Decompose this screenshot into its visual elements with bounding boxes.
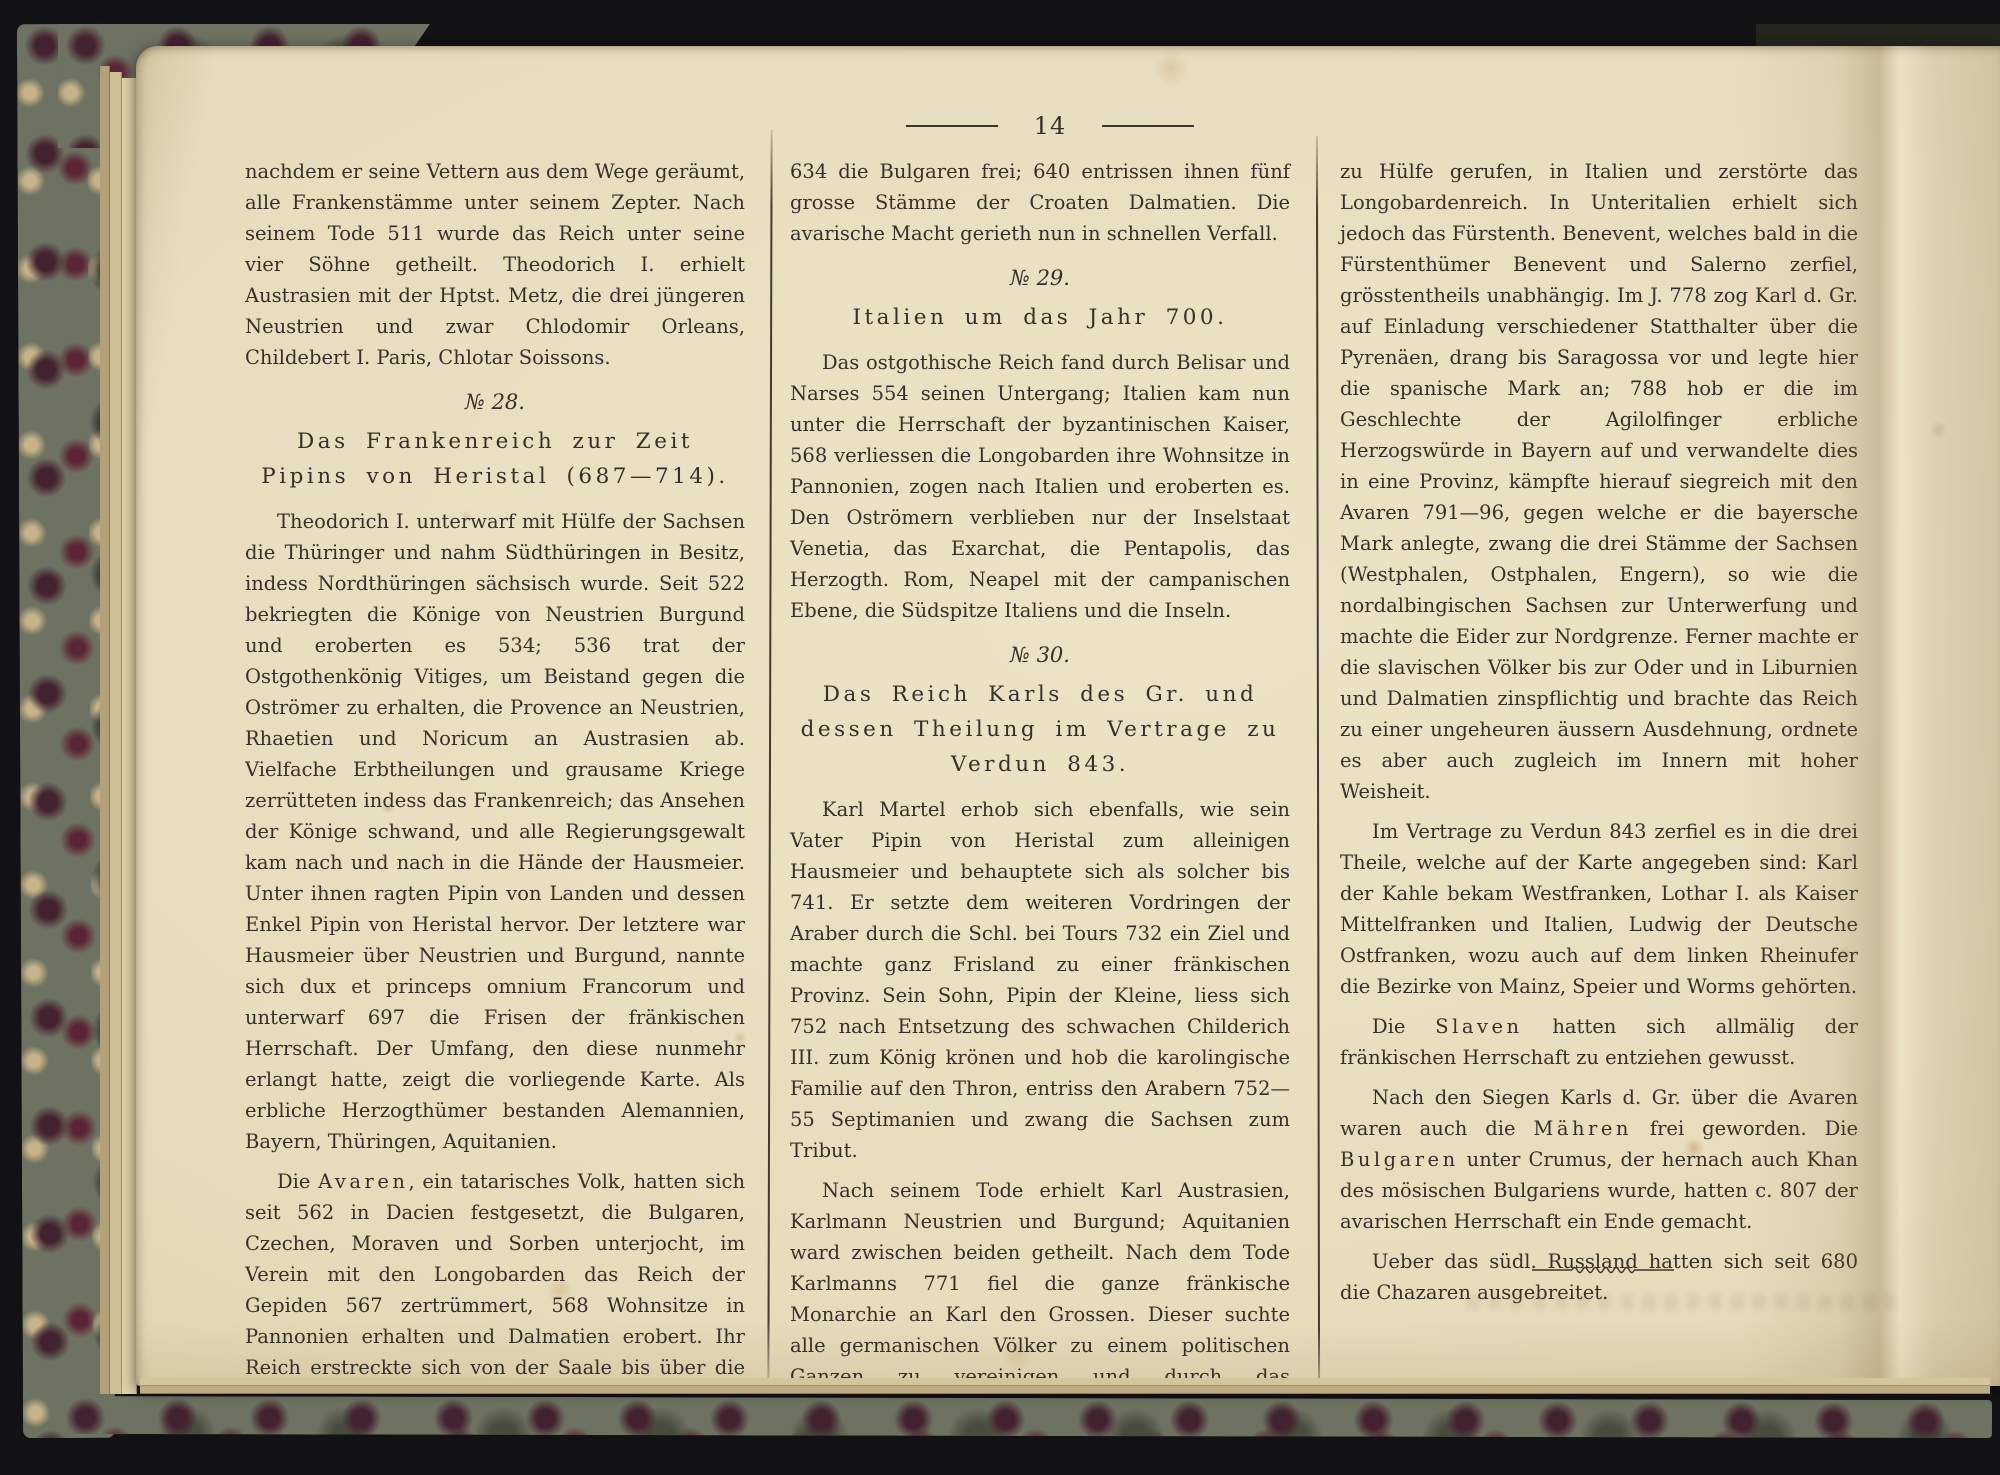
section-number: № 29. — [790, 263, 1290, 294]
paragraph: Die Avaren, ein tatarisches Volk, hatten… — [245, 1166, 745, 1388]
book-page: 14 nachdem er seine Vettern aus dem Wege… — [136, 46, 2000, 1386]
paragraph: Das ostgothische Reich fand durch Belisa… — [790, 347, 1290, 626]
paragraph: Theodorich I. unterwarf mit Hülfe der Sa… — [245, 506, 745, 1157]
column-3: zu Hülfe gerufen, in Italien und zerstör… — [1340, 156, 1858, 1388]
section-number: № 30. — [790, 640, 1290, 671]
section-number: № 28. — [245, 387, 745, 418]
wavy-line-divider — [1528, 1262, 1678, 1276]
page-header: 14 — [245, 112, 1855, 140]
paragraph-continuation: 634 die Bulgaren frei; 640 entrissen ihn… — [790, 156, 1290, 249]
column-1: nachdem er seine Vettern aus dem Wege ge… — [245, 156, 745, 1388]
paragraph: Karl Martel erhob sich ebenfalls, wie se… — [790, 794, 1290, 1166]
header-rule-left — [906, 125, 998, 127]
show-through-text — [1466, 1294, 1896, 1310]
page-edges-bottom — [140, 1378, 1990, 1394]
page-number: 14 — [1034, 112, 1067, 140]
paragraph-continuation: nachdem er seine Vettern aus dem Wege ge… — [245, 156, 745, 373]
section-title: Italien um das Jahr 700. — [790, 300, 1290, 335]
section-title: Das Frankenreich zur Zeit Pipins von Her… — [245, 424, 745, 494]
marbled-cover-bottom — [58, 1396, 1992, 1438]
text-block: nachdem er seine Vettern aus dem Wege ge… — [245, 156, 1860, 1388]
header-rule-right — [1102, 125, 1194, 127]
paragraph: Nach den Siegen Karls d. Gr. über die Av… — [1340, 1082, 1858, 1237]
column-2: 634 die Bulgaren frei; 640 entrissen ihn… — [790, 156, 1290, 1388]
paragraph: Die Slaven hatten sich allmälig der frän… — [1340, 1011, 1858, 1073]
paragraph: Nach seinem Tode erhielt Karl Austrasien… — [790, 1175, 1290, 1388]
section-title: Das Reich Karls des Gr. und dessen Theil… — [790, 677, 1290, 782]
page-edges-left — [100, 66, 138, 1394]
paragraph-continuation: zu Hülfe gerufen, in Italien und zerstör… — [1340, 156, 1858, 807]
book-scan: 14 nachdem er seine Vettern aus dem Wege… — [0, 0, 2000, 1475]
paragraph: Im Vertrage zu Verdun 843 zerfiel es in … — [1340, 816, 1858, 1002]
